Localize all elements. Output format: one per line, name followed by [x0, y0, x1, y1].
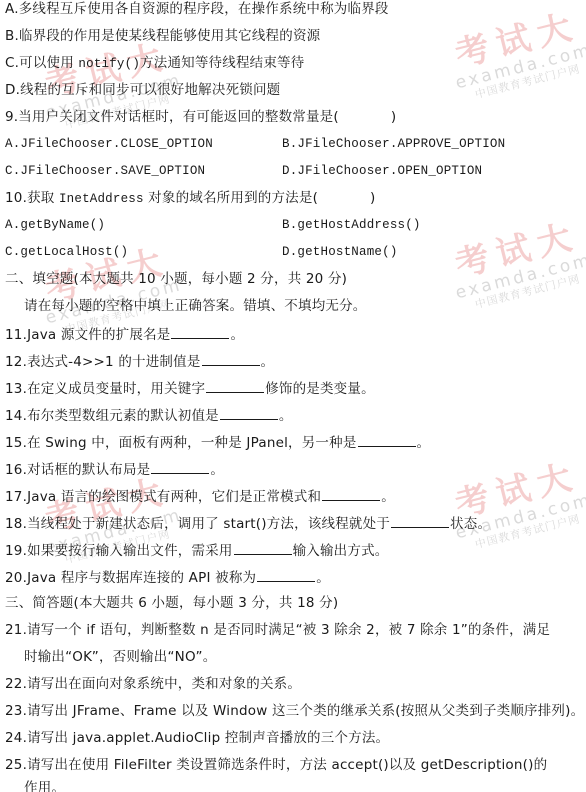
question-12: 12.表达式-4>>1 的十进制值是。	[5, 352, 274, 370]
question-25-line-1: 25.请写出在使用 FileFilter 类设置筛选条件时，方法 accept(…	[5, 757, 547, 773]
section-2-title: 二、填空题(本大题共 10 小题，每小题 2 分，共 20 分)	[5, 271, 347, 287]
q8-option-b: B.临界段的作用是使某线程能够使用其它线程的资源	[5, 28, 320, 44]
q10-option-d: D.getHostName()	[282, 244, 398, 260]
question-13: 13.在定义成员变量时，用关键字修饰的是类变量。	[5, 379, 375, 397]
q10-option-a: A.getByName()	[5, 217, 105, 233]
question-20: 20.Java 程序与数据库连接的 API 被称为。	[5, 568, 330, 586]
q8-option-c: C.可以使用 notify()方法通知等待线程结束等待	[5, 55, 304, 72]
q10-stem: 10.获取 InetAddress 对象的域名所用到的方法是()	[5, 190, 376, 207]
question-22: 22.请写出在面向对象系统中，类和对象的关系。	[5, 676, 301, 692]
question-18: 18.当线程处于新建状态后，调用了 start()方法，该线程就处于状态。	[5, 514, 491, 532]
answer-blank	[206, 379, 264, 393]
q8-option-a: A.多线程互斥使用各自资源的程序段，在操作系统中称为临界段	[5, 1, 389, 17]
watermark: 考试大 examda.com 中国教育考试门户网	[445, 6, 586, 105]
question-16: 16.对话框的默认布局是。	[5, 460, 224, 478]
q9-option-a: A.JFileChooser.CLOSE_OPTION	[5, 136, 213, 152]
watermark: 考试大 examda.com 中国教育考试门户网	[445, 456, 586, 555]
q9-option-b: B.JFileChooser.APPROVE_OPTION	[282, 136, 505, 152]
watermark: 考试大 examda.com 中国教育考试门户网	[445, 216, 586, 315]
question-24: 24.请写出 java.applet.AudioClip 控制声音播放的三个方法…	[5, 730, 389, 746]
question-11: 11.Java 源文件的扩展名是。	[5, 325, 244, 343]
question-23: 23.请写出 JFrame、Frame 以及 Window 这三个类的继承关系(…	[5, 703, 584, 719]
question-25-line-2: 作用。	[24, 780, 65, 792]
answer-blank	[220, 406, 278, 420]
q9-option-c: C.JFileChooser.SAVE_OPTION	[5, 163, 205, 179]
q10-option-c: C.getLocalHost()	[5, 244, 128, 260]
answer-blank	[234, 541, 292, 555]
section-2-instruction: 请在每小题的空格中填上正确答案。错填、不填均无分。	[24, 298, 367, 314]
exam-page: 考试大 examda.com 中国教育考试门户网 考试大 examda.com …	[0, 0, 586, 792]
question-17: 17.Java 语言的绘图模式有两种，它们是正常模式和。	[5, 487, 395, 505]
question-14: 14.布尔类型数组元素的默认初值是。	[5, 406, 293, 424]
q8-option-d: D.线程的互斥和同步可以很好地解决死锁问题	[5, 82, 280, 98]
question-19: 19.如果要按行输入输出文件，需采用输入输出方式。	[5, 541, 388, 559]
q9-option-d: D.JFileChooser.OPEN_OPTION	[282, 163, 482, 179]
answer-blank	[257, 568, 315, 582]
q10-option-b: B.getHostAddress()	[282, 217, 421, 233]
question-21-line-2: 时输出“OK”，否则输出“NO”。	[24, 649, 216, 665]
answer-blank	[358, 433, 416, 447]
answer-blank	[322, 487, 380, 501]
answer-blank	[171, 325, 229, 339]
question-15: 15.在 Swing 中，面板有两种，一种是 JPanel，另一种是。	[5, 433, 430, 451]
answer-blank	[202, 352, 260, 366]
question-21-line-1: 21.请写一个 if 语句，判断整数 n 是否同时满足“被 3 除余 2，被 7…	[5, 622, 550, 638]
q9-stem: 9.当用户关闭文件对话框时，有可能返回的整数常量是()	[5, 109, 396, 125]
answer-blank	[151, 460, 209, 474]
answer-blank	[391, 514, 449, 528]
section-3-title: 三、简答题(本大题共 6 小题，每小题 3 分，共 18 分)	[5, 595, 338, 611]
